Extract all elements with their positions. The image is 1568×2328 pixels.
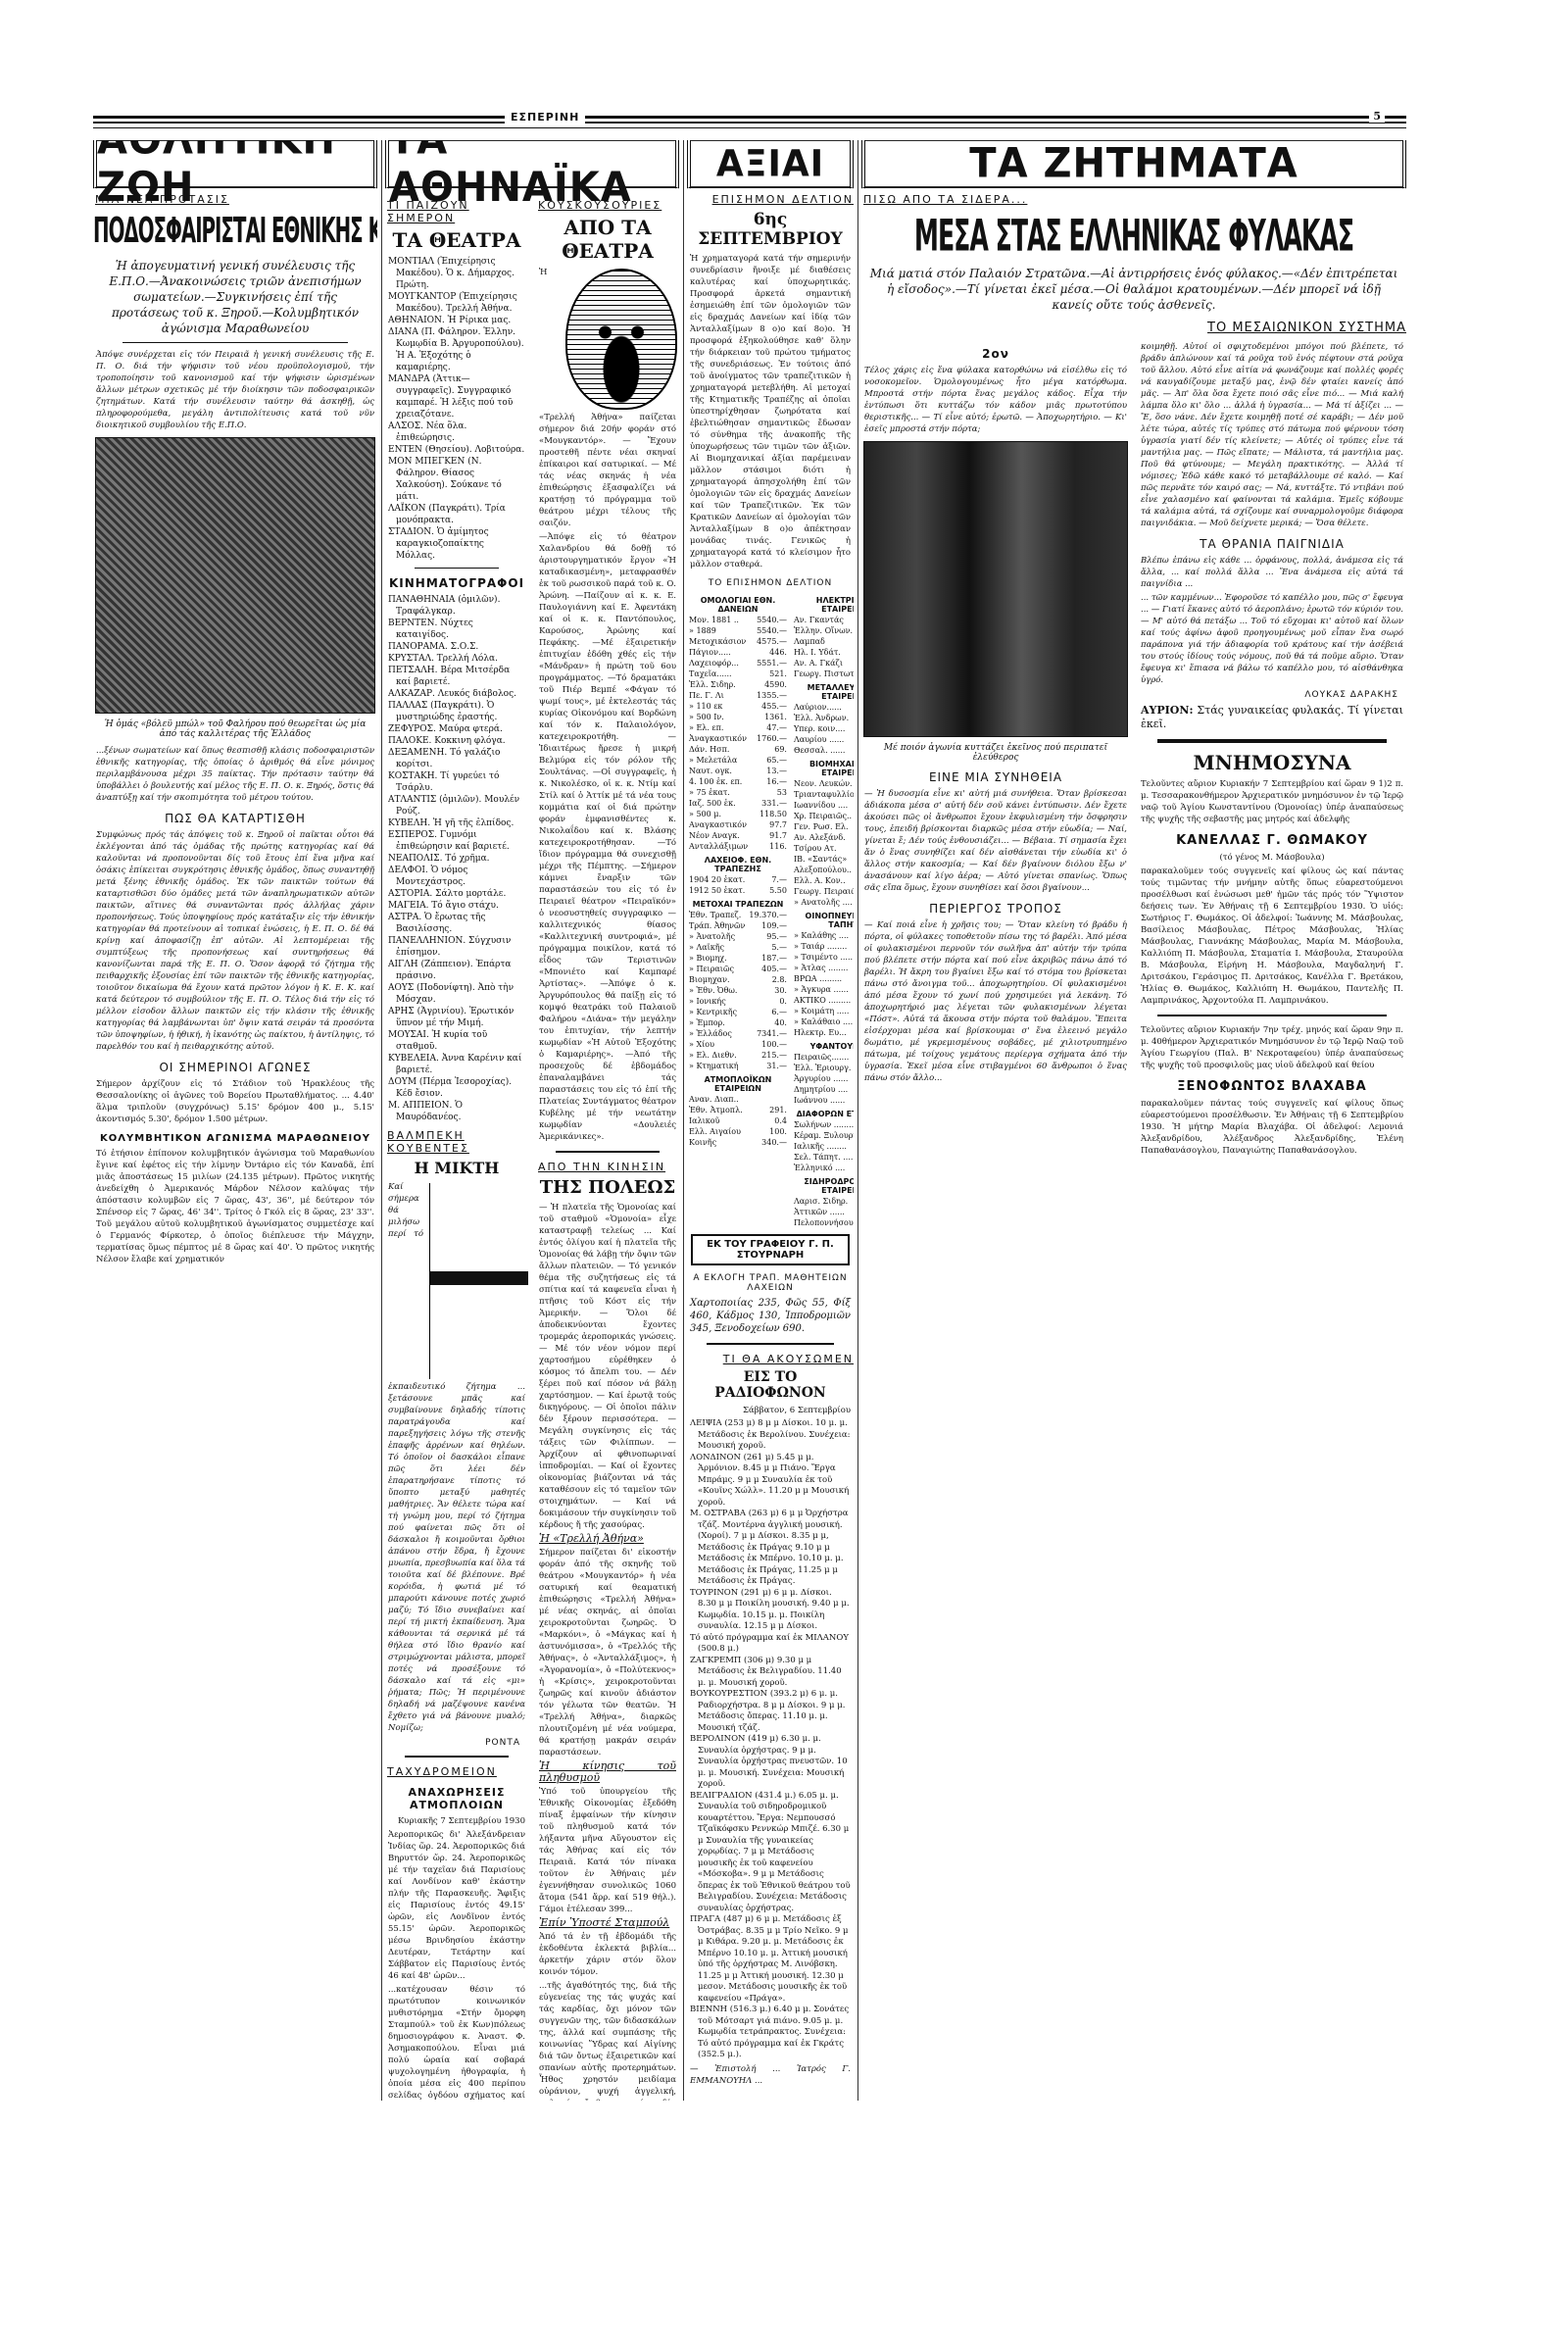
stock-name: Αναγκαστικόν [687, 819, 753, 830]
stock-name: Ναυτ. ογκ. [687, 766, 753, 776]
table-row: Δάν. Ησπ.69. [687, 744, 789, 755]
bulletin-title: ΤΟ ΕΠΙΣΗΜΟΝ ΔΕΛΤΙΟΝ [687, 578, 854, 588]
stock-price: 95.— [747, 931, 789, 942]
stocks-kicker: ΕΠΙΣΗΜΟΝ ΔΕΛΤΙΟΝ [689, 193, 854, 206]
stock-name: Λαμπαδ [792, 636, 854, 647]
stock-price: 116. [753, 841, 789, 852]
table-row: » Κοιμάτη .....145. [792, 1006, 854, 1016]
table-row: » Κτηματική31.— [687, 1061, 789, 1071]
stock-group-heading: ΣΙΔΗΡΟΔΡΟΜΙΚΩΝ ΕΤΑΙΡΕΙΩΝ [792, 1177, 854, 1195]
stock-name: Κοινῆς [687, 1137, 755, 1148]
stock-price: 109.— [747, 920, 789, 931]
stock-name: Τριανταφυλλίου [792, 789, 854, 800]
stock-name: Τσίρου Ατ. [792, 843, 854, 854]
part-number: 2ον [861, 347, 1130, 361]
stock-group-heading: ΜΕΤΟΧΑΙ ΤΡΑΠΕΖΩΝ [687, 900, 789, 909]
list-item: ΑΣΤΡΑ. Ὁ ἔρωτας τῆς Βασιλίσσης. [388, 912, 525, 935]
stock-name: » Ἑλλάδος [687, 1028, 747, 1039]
table-row: Τράπ. Ἀθηνῶν109.— [687, 920, 789, 931]
memorial-subname: (τό γένος Μ. Μάσβουλα) [1141, 852, 1403, 864]
table-row: Ταχεῖα......521. [687, 669, 789, 679]
list-item: ΒΕΡΟΛΙΝΟΝ (419 μ) 6.30 μ. μ. Συναυλία ὀρ… [690, 1734, 851, 1791]
table-row: Αν. Α. Γκάζι132.— [792, 658, 854, 669]
stock-price: 1760.— [753, 733, 789, 744]
tomorrow-label: ΑΥΡΙΟΝ: [1141, 704, 1194, 717]
masthead-rule [93, 116, 1406, 119]
radio-kicker: ΤΙ ΘΑ ΑΚΟΥΣΩΜΕΝ [689, 1353, 854, 1365]
stock-name: Ἀργυρίου ...... [792, 1073, 854, 1084]
table-row: Ανταλλάξιμων116. [687, 841, 789, 852]
stock-name: Ιαλικῆς ........ [792, 1141, 854, 1152]
table-row: Αν. Γκαντάς412 [792, 615, 854, 625]
sports-subhead: ΠΩΣ ΘΑ ΚΑΤΑΡΤΙΣΘΗ [93, 812, 377, 825]
stock-name: » Ελ. Διεθν. [687, 1050, 747, 1061]
stock-groups-right: ΗΛΕΚΤΡΙΚΩΝ ΕΤΑΙΡΕΙΩΝΑν. Γκαντάς412Ἑλλην.… [792, 592, 854, 1228]
table-row: Κέραμ. Ξυλουργ.450 [792, 1130, 854, 1141]
masthead-rule [93, 122, 1406, 124]
list-item: ΕΣΠΕΡΟΣ. Γυμνόμι ἐπιθεώρησιν καί βαριετέ… [388, 829, 525, 853]
stock-name: » 500 μ. [687, 809, 753, 819]
stock-group-heading: ΟΙΝΟΠΝΕΥΜΑΤΩΝ ΤΑΠΗΤ. [792, 912, 854, 929]
memorial-body: Τελοῦντες αὔριον Κυριακήν 7ην τρέχ. μηνό… [1141, 1024, 1403, 1071]
stock-name: ΙΒ. «Σαντάς» [792, 854, 854, 865]
list-item: ΒΙΕΝΝΗ (516.3 μ.) 6.40 μ μ. Σονάτες τοῦ … [690, 2005, 851, 2061]
stock-price: 1361. [753, 712, 789, 722]
table-row: 1912 50 ἑκατ.5.50 [687, 885, 789, 896]
table-row: Ιωαννίδου ....8.0. [792, 800, 854, 811]
stock-price: 16.— [753, 776, 789, 787]
stock-price: 100.— [747, 1039, 789, 1050]
stock-name: Ἐθν. Ἀτμοπλ. [687, 1105, 755, 1115]
page-number: 5 [1369, 110, 1385, 123]
stock-table: Λαρισ. Σιδηρ.145.—Ἀττικῶν ......74.—Πελο… [792, 1196, 854, 1228]
book-review: ...κατέχουσαν θέσιν τό πρωτότυπον κοινων… [388, 1984, 525, 2101]
stock-name: Δημητρίου .... [792, 1084, 854, 1095]
table-row: Γεν. Ρωσ. Ελ.148.— [792, 821, 854, 832]
table-row: Ἀναγκαστικόν1760.— [687, 733, 789, 744]
stock-name: » Ἀτλας ........ [792, 963, 854, 973]
stock-price: 5540.— [753, 625, 789, 636]
stock-name: » Ελ. επ. [687, 722, 753, 733]
issues-subhead: ΠΕΡΙΕΡΓΟΣ ΤΡΟΠΟΣ [861, 902, 1130, 916]
stock-price: 215.— [747, 1050, 789, 1061]
stock-name: Λαυρίου ...... [792, 734, 854, 745]
stock-price: 5.50 [762, 885, 789, 896]
divider [556, 1151, 660, 1153]
table-row: » 18895540.— [687, 625, 789, 636]
divider [1157, 739, 1387, 743]
table-row: » Καλάθαιο ....193 [792, 1016, 854, 1027]
stock-table: Μον. 1881 ..5540.—» 18895540.—Μετοχικάσι… [687, 615, 789, 852]
table-row: Πειραιῶς.......117 [792, 1052, 854, 1063]
list-item: ΣΤΑΔΙΟΝ. Ὁ ἀμίμητος καραγκιοζοπαίκτης Μό… [388, 526, 525, 562]
stock-name: Θεσσαλ. ...... [792, 745, 854, 756]
table-row: Λαύριον......18 [792, 702, 854, 713]
list-item: Μ. ΑΠΠΕΙΟΝ. Ὁ Μαυρόδανέος. [388, 1100, 525, 1123]
sports-subhead: ΚΟΛΥΜΒΗΤΙΚΟΝ ΑΓΩΝΙΣΜΑ ΜΑΡΑΘΩΝΕΙΟΥ [93, 1133, 377, 1144]
stock-price: 118.50 [753, 809, 789, 819]
table-row: » Πειραιῶς405.— [687, 964, 789, 974]
stock-name: » Καλάθης .... [792, 930, 854, 941]
stock-name: Ελλ. Α. Κον.. [792, 875, 854, 886]
sports-body: Σήμερον ἀρχίζουν εἰς τό Στάδιον τοῦ Ἡρακ… [96, 1078, 374, 1125]
stock-group-heading: ΥΦΑΝΤΟΥΡΓΙΩΝ [792, 1042, 854, 1051]
table-row: Ἀττικῶν ......74.— [792, 1207, 854, 1217]
list-item: ΒΕΡΝΤΕΝ. Νύχτες καταιγίδος. [388, 618, 525, 641]
stock-name: » Καλάθαιο .... [792, 1016, 854, 1027]
stock-name: » Βιομηχ. [687, 953, 747, 964]
column-divider [381, 140, 382, 2101]
table-row: Ελλ. Αιγαίου100. [687, 1126, 789, 1137]
stock-price: 291. [755, 1105, 789, 1115]
stock-group-heading: ΜΕΤΑΛΛΕΥΤΙΚΩΝ ΕΤΑΙΡΕΙΩΝ [792, 683, 854, 701]
table-row: » 500 μ.118.50 [687, 809, 789, 819]
stock-name: Αναν. Διαπ.. [687, 1094, 755, 1105]
stock-name: » Ἐμπορ. [687, 1017, 747, 1028]
table-row: » Ελ. Διεθν.215.— [687, 1050, 789, 1061]
lottery-title: Α ΕΚΛΟΓΗ ΤΡΑΠ. ΜΑΘΗΤΕΙΩΝ ΛΑΧΕΙΩΝ [687, 1273, 854, 1293]
stock-name: Ἑλλην. Οἴνων. [792, 625, 854, 636]
mixed-title: Η ΜΙΚΤΗ [385, 1159, 528, 1177]
mixed-kicker: ΒΑΛΜΠΕΚΗ ΚΟΥΒΕΝΤΕΣ [387, 1129, 528, 1155]
issues-deck: Μιά ματιά στόν Παλαιόν Στρατῶνα.—Αἱ ἀντι… [867, 266, 1400, 313]
list-item: ΠΡΑΓΑ (487 μ) 6 μ μ. Μετάδοσις ἐξ Ὀστράβ… [690, 1914, 851, 2005]
stock-price [755, 1094, 789, 1105]
memorial-name: ΚΑΝΕΛΛΑΣ Γ. ΘΩΜΑΚΟΥ [1138, 833, 1406, 848]
stock-group-heading: ΑΤΜΟΠΛΟΪΚΩΝ ΕΤΑΙΡΕΙΩΝ [687, 1075, 789, 1093]
sports-body: Τό ἐτήσιον ἐπίπονον κολυμβητικόν ἀγώνισμ… [96, 1148, 374, 1265]
stock-name: Ἐλληνικό .... [792, 1163, 854, 1173]
post-kicker: ΤΑΧΥΔΡΟΜΕΙΟΝ [387, 1765, 528, 1778]
masthead: ΕΣΠΕΡΙΝΗ 5 [93, 113, 1406, 130]
stock-price: 405.— [747, 964, 789, 974]
stock-price: 7341.— [747, 1028, 789, 1039]
stock-name: Ιαζ. 500 ἑκ. [687, 798, 753, 809]
stock-name: » Κτηματική [687, 1061, 747, 1071]
issues-subhead: ΤΑ ΘΡΑΝΙΑ ΠΑΙΓΝΙΔΙΑ [1138, 537, 1406, 551]
list-item: ΝΕΑΠΟΛΙΣ. Τό χρῆμα. [388, 853, 525, 865]
table-row: Σελ. Τάπητ. ....31.— [792, 1152, 854, 1163]
stock-name: » 75 ἑκατ. [687, 787, 753, 798]
post-date: Κυριακῆς 7 Σεπτεμβρίου 1930 [388, 1815, 525, 1827]
table-row: Ἀργυρίου ......175.— [792, 1073, 854, 1084]
sports-lead: Ἀπόψε συνέρχεται εἰς τόν Πειραιᾶ ἡ γενικ… [96, 349, 374, 431]
stock-name: Γεν. Ρωσ. Ελ. [792, 821, 854, 832]
list-item: ΛΕΙΨΙΑ (253 μ) 8 μ μ Δίσκοι. 10 μ. μ. Με… [690, 1418, 851, 1453]
table-row: » 110 εκ455.— [687, 701, 789, 712]
stock-name: » Λαϊκῆς [687, 942, 747, 953]
divider [1157, 1015, 1387, 1016]
stock-price: 19.370.— [747, 910, 789, 920]
table-row: Αναν. Διαπ.. [687, 1094, 789, 1105]
gossip-column: ΚΟΥΣΚΟΥΣΟΥΡΙΕΣ ΑΠΟ ΤΑ ΘΕΑΤΡΑ Ἡ «Τρελλή Ἀ… [536, 193, 679, 2101]
section-banner-stocks: ΑΞΙΑΙ [687, 140, 854, 188]
stock-price: 455.— [753, 701, 789, 712]
issues-body: Τέλος χάρις εἰς ἕνα φύλακα κατορθώνω νά … [864, 365, 1127, 435]
list-item: ΖΕΦΥΡΟΣ. Μαύρα φτερά. [388, 723, 525, 735]
stock-name: Ἐλλ. Ἐριουργ. [792, 1063, 854, 1073]
stock-group-heading: ΗΛΕΚΤΡΙΚΩΝ ΕΤΑΙΡΕΙΩΝ [792, 596, 854, 614]
table-row: Ἐλλ. Ἐριουργ.162 [792, 1063, 854, 1073]
list-item: ΠΑΛΟΚΕ. Κοκκινη φλόγα. [388, 735, 525, 747]
table-row: Ναυτ. ογκ.13.— [687, 766, 789, 776]
paper-name: ΕΣΠΕΡΙΝΗ [505, 111, 585, 124]
radio-footer: — Ἐπιστολή ... Ἰατρός Γ. ΕΜΜΑΝΟΥΗΛ ... [690, 2063, 851, 2087]
table-row: » Ἀγκυρα ......27 [792, 984, 854, 995]
divider [122, 342, 348, 343]
table-row: Πάγιον.....446. [687, 647, 789, 658]
table-row: Λαυρίου ......5.11 [792, 734, 854, 745]
capital-body: Σήμερον παίζεται δι' εἰκοστήν φοράν ἀπό … [539, 1547, 676, 1758]
table-row: Νεον. Λευκών.935 [792, 778, 854, 789]
stock-table: Λαύριον......18Ἐλλ. Ἀνδρων.1.—Υπερ. κοιν… [792, 702, 854, 756]
stock-name: Βιομηχαν. [687, 974, 747, 985]
stock-price: 40. [747, 1017, 789, 1028]
memorial-body: παρακαλοῦμεν πάντας τούς συγγενεῖς καί φ… [1141, 1098, 1403, 1157]
table-row: Πε. Γ. Λι1355.— [687, 690, 789, 701]
stock-name: Ιωάννου ...... [792, 1095, 854, 1106]
table-row: Μετοχικάσιον4575.— [687, 636, 789, 647]
table-row: ΙΒ. «Σαντάς»18.— [792, 854, 854, 865]
table-row: Δημητρίου ....263.— [792, 1084, 854, 1095]
stock-name: Λαχειοφόρ... [687, 658, 753, 669]
capital-body: Ὑπό τοῦ ὑπουργείου τῆς Ἐθνικῆς Οἰκονομία… [539, 1786, 676, 1915]
table-row: Λαχειοφόρ...5551.— [687, 658, 789, 669]
theatre-mask-illustration [565, 269, 677, 410]
stock-name: Μον. 1881 .. [687, 615, 753, 625]
table-row: Αλεξοπούλου..17.— [792, 865, 854, 875]
cinemas-title: ΚΙΝΗΜΑΤΟΓΡΑΦΟΙ [385, 576, 528, 590]
stock-price: 6.— [747, 1007, 789, 1017]
capital-body: Ἀπό τά ἐν τῇ ἑβδομάδι τῆς ἐκδοθέντα ἐκλε… [539, 1931, 676, 1978]
list-item: ΑΘΗΝΑΙΟΝ. Ἡ Ρίρικα μας. [388, 315, 525, 326]
capital-subhead: Ἐπίν Ὑποστέ Σταμπούλ [539, 1917, 676, 1929]
section-banner-sports: ΑΘΛΗΤΙΚΗ ΖΩΗ [93, 140, 377, 188]
sports-section: ΑΘΛΗΤΙΚΗ ΖΩΗ ΜΙΑ ΝΕΑ ΠΡΟΤΑΣΙΣ ΠΟΔΟΣΦΑΙΡΙ… [93, 140, 377, 2101]
table-row: » Κεντρικῆς6.— [687, 1007, 789, 1017]
list-item: ΔΙΑΝΑ (Π. Φάληρον. Ἑλλην. Κωμῳδία Β. Ἀργ… [388, 326, 525, 373]
issues-subhead: ΤΟ ΜΕΣΑΙΩΝΙΚΟΝ ΣΥΣΤΗΜΑ [861, 321, 1406, 335]
table-row: Βιομηχαν.2.8. [687, 974, 789, 985]
stock-name: Αν. Αλεξάνδ. [792, 832, 854, 843]
stock-name: Τράπ. Ἀθηνῶν [687, 920, 747, 931]
list-item: ΠΑΝΟΡΑΜΑ. Σ.Ο.Σ. [388, 641, 525, 653]
issues-section: ΤΑ ΖΗΤΗΜΑΤΑ ΠΙΣΩ ΑΠΟ ΤΑ ΣΙΔΕΡΑ... ΜΕΣΑ Σ… [861, 140, 1406, 2101]
stock-group-heading: ΛΑΧΕΙΟΦ. ΕΘΝ. ΤΡΑΠΕΖΗΣ [687, 856, 789, 873]
issues-body: Βλέπω ἐπάνω εἰς κάθε ... ὀρφάνους, πολλά… [1141, 555, 1403, 590]
table-row: Πελοποννήσου115 [792, 1217, 854, 1228]
issues-body: κοιμηθῇ. Αὐτοί οἱ σφιχτοδεμένοι μπόγοι π… [1141, 341, 1403, 529]
stock-name: » Ἀγκυρα ...... [792, 984, 854, 995]
post-title: ΑΝΑΧΩΡΗΣΕΙΣ ΑΤΜΟΠΛΟΙΩΝ [385, 1786, 528, 1811]
stock-name: » 500 Ιν. [687, 712, 753, 722]
gossip-body: —Ἀπόψε εἰς τό θέατρον Χαλανδρίου θά δοθῇ… [539, 531, 676, 1143]
table-row: Νέον Αναγκ.91.7 [687, 830, 789, 841]
stock-name: 4. 100 ἑκ. επ. [687, 776, 753, 787]
stock-price: 4590. [753, 679, 789, 690]
stock-price: 97.7 [753, 819, 789, 830]
stock-name: ΑΚΤΙΚΟ ......... [792, 995, 854, 1006]
stock-name: » Ταιάρ ........ [792, 941, 854, 952]
stock-price: 69. [753, 744, 789, 755]
sports-deck: Ἡ ἀπογευματινή γενική συνέλευσις τῆς Ε.Π… [99, 258, 371, 336]
table-row: Ἐλλ. Ἀνδρων.1.— [792, 713, 854, 723]
stock-name: Πε. Γ. Λι [687, 690, 753, 701]
gossip-title: ΑΠΟ ΤΑ ΘΕΑΤΡΑ [536, 216, 679, 263]
table-row: 1904 20 ἑκατ.7.— [687, 874, 789, 885]
list-item: Τό αὐτό πρόγραμμα καί ἐκ ΜΙΛΑΝΟΥ (500.8 … [690, 1633, 851, 1656]
market-report: Ἡ χρηματαγορά κατά τήν σημερινήν συνεδρί… [690, 253, 851, 570]
stock-table: Αναν. Διαπ..Ἐθν. Ἀτμοπλ.291.Ιαλικοῦ0.4Ελ… [687, 1094, 789, 1148]
figure-sketch [429, 1183, 528, 1379]
list-item: ΜΟΥΓΚΑΝΤΟΡ (Ἐπιχείρησις Μακέδου). Τρελλή… [388, 291, 525, 315]
radio-date: Σάββατον, 6 Σεπτεμβρίου [690, 1405, 851, 1416]
divider [405, 1756, 509, 1758]
table-row: Τριανταφυλλίου695.— [792, 789, 854, 800]
stock-group-heading: ΒΙΟΜΗΧΑΝΙΚΩΝ ΕΤΑΙΡΕΙΩΝ [792, 760, 854, 777]
issues-kicker: ΠΙΣΩ ΑΠΟ ΤΑ ΣΙΔΕΡΑ... [863, 193, 1406, 206]
stock-name: » Κεντρικῆς [687, 1007, 747, 1017]
list-item: ΛΟΝΔΙΝΟΝ (261 μ) 5.45 μ μ. Ἀρμόνιον. 8.4… [690, 1453, 851, 1510]
stock-name: Ιαλικοῦ [687, 1115, 755, 1126]
table-row: Ελλ. Α. Κον..270.— [792, 875, 854, 886]
table-row: Θεσσαλ. ......10 [792, 745, 854, 756]
post-body: Ἀεροπορικῶς δι' Ἀλεξάνδρειαν Ἰνδίας ὥρ. … [388, 1829, 525, 1982]
memorial-body: Τελοῦντες αὔριον Κυριακήν 7 Σεπτεμβρίου … [1141, 778, 1403, 825]
stock-name: » Μελετάλα [687, 755, 753, 766]
list-item: ΠΕΤΣΑΛΗ. Βέρα Μιτσέρδα καί βαριετέ. [388, 665, 525, 688]
stock-price: 30. [747, 985, 789, 996]
stock-price: 100. [755, 1126, 789, 1137]
stock-table: Ἐθν. Τραπεζ.19.370.—Τράπ. Ἀθηνῶν109.—» Ἀ… [687, 910, 789, 1071]
stock-name: » Ἐθν. Ὀθω. [687, 985, 747, 996]
stock-name: Ηλ. Ι. Υδάτ. [792, 647, 854, 658]
list-item: ΔΕΞΑΜΕΝΗ. Τό γαλάζιο κορίτσι. [388, 747, 525, 770]
list-item: ΑΟΥΣ (Ποδονίφτη). Ἀπὸ τὴν Μόσχαν. [388, 982, 525, 1006]
table-row: Χρ. Πειραιῶς..330.— [792, 811, 854, 821]
stock-group-heading: ΔΙΑΦΟΡΩΝ ΕΤΑΙΡΕΙΩΝ [792, 1110, 854, 1118]
stock-table: Αν. Γκαντάς412Ἑλλην. Οἴνων.165Λαμπαδ159Η… [792, 615, 854, 679]
table-row: Ἐθν. Τραπεζ.19.370.— [687, 910, 789, 920]
stocks-title: 6ης ΣΕΠΤΕΜΒΡΙΟΥ [687, 210, 854, 249]
stock-name: Σωλήνων ........ [792, 1119, 854, 1130]
photo-caption: Μέ ποιόν ἀγωνία κυττάζει ἐκεῖνος πού περ… [863, 743, 1128, 763]
issues-signature: ΛΟΥΚΑΣ ΔΑΡΑΚΗΣ [1146, 690, 1398, 700]
table-row: » Τσιμέντο .....120.— [792, 952, 854, 963]
stock-name: Ηλεκτρ. Ευ... [792, 1027, 854, 1038]
column-divider [857, 140, 858, 2101]
divider [415, 568, 499, 569]
stock-price: 47.— [753, 722, 789, 733]
capital-body: — Ἡ πλατεῖα τῆς Ὁμονοίας καί τοῦ σταθμοῦ… [539, 1202, 676, 1531]
table-row: Κοινῆς340.— [687, 1137, 789, 1148]
stock-name: » Ἀνατολῆς [687, 931, 747, 942]
capital-title: ΤΗΣ ΠΟΛΕΩΣ [536, 1177, 679, 1198]
sports-body: Συμφώνως πρός τάς ἀπόψεις τοῦ κ. Ξηροῦ ο… [96, 829, 374, 1053]
table-row: Ἑλλην. Οἴνων.165 [792, 625, 854, 636]
table-row: Ηλεκτρ. Ευ...176 [792, 1027, 854, 1038]
memorial-body: παρακαλοῦμεν τούς συγγενεῖς καί φίλους ὡ… [1141, 866, 1403, 1007]
stock-price: 521. [753, 669, 789, 679]
list-item: ΕΝΤΕΝ (Θησείου). Λοβιτούρα. [388, 444, 525, 456]
issues-subhead: ΕΙΝΕ ΜΙΑ ΣΥΝΗΘΕΙΑ [861, 770, 1130, 784]
table-row: » Ιονικής0. [687, 996, 789, 1007]
table-row: Αναγκαστικόν97.7 [687, 819, 789, 830]
stock-name: Λαύριον...... [792, 702, 854, 713]
stock-name: Αν. Α. Γκάζι [792, 658, 854, 669]
table-row: » Καλάθης ....775 [792, 930, 854, 941]
table-row: ΑΚΤΙΚΟ .........18 [792, 995, 854, 1006]
broker-box: ΕΚ ΤΟΥ ΓΡΑΦΕΙΟΥ Γ. Π. ΣΤΟΥΡΝΑΡΗ [691, 1234, 850, 1265]
list-item: ΒΟΥΚΟΥΡΕΣΤΙΟΝ (393.2 μ) 6 μ. μ. Ραδιορχή… [690, 1689, 851, 1734]
table-row: Υπερ. κοιν....18.50 [792, 723, 854, 734]
stock-price: 53 [753, 787, 789, 798]
list-item: ΜΟΝ ΜΠΕΓΚΕΝ (Ν. Φάληρον. Θίασος Χαλκούση… [388, 456, 525, 503]
stock-name: Ανταλλάξιμων [687, 841, 753, 852]
stock-price: 5.— [747, 942, 789, 953]
cinemas-list: ΠΑΝΑΘΗΝΑΙΑ (ὁμιλῶν). Τραφάλγκαρ. ΒΕΡΝΤΕΝ… [388, 594, 525, 1123]
stock-name: Γεωργ. Πειραιῶς.. [792, 886, 854, 897]
stock-table: Πειραιῶς.......117Ἐλλ. Ἐριουργ.162Ἀργυρί… [792, 1052, 854, 1106]
stock-name: Σελ. Τάπητ. .... [792, 1152, 854, 1163]
stock-name: Χρ. Πειραιῶς.. [792, 811, 854, 821]
stock-price: 331.— [753, 798, 789, 809]
stock-name: Αλεξοπούλου.. [792, 865, 854, 875]
stock-price: 31.— [747, 1061, 789, 1071]
stock-price: 5551.— [753, 658, 789, 669]
theatres-list: ΜΟΝΤΙΑΛ (Ἐπιχείρησις Μακέδου). Ὁ κ. Δήμα… [388, 256, 525, 562]
stock-price: 91.7 [753, 830, 789, 841]
capital-subhead: Ἡ κίνησις τοῦ πληθυσμοῦ [539, 1760, 676, 1784]
list-item: ΖΑΓΚΡΕΜΠ (306 μ) 9.30 μ μ Μετάδοσις ἐκ Β… [690, 1656, 851, 1690]
stock-name: Ἐλλ. Σιδηρ. [687, 679, 753, 690]
list-item: ΚΟΣΤΑΚΗ. Τί γυρεύει τό Τσάρλυ. [388, 770, 525, 794]
stock-price: 340.— [755, 1137, 789, 1148]
stock-name: Ἐθν. Τραπεζ. [687, 910, 747, 920]
table-row: » Ανατολῆς ....160.— [792, 897, 854, 908]
table-row: Ιαζ. 500 ἑκ.331.— [687, 798, 789, 809]
table-row: » Ταιάρ ........2325.— [792, 941, 854, 952]
radio-list: ΛΕΙΨΙΑ (253 μ) 8 μ μ Δίσκοι. 10 μ. μ. Με… [690, 1418, 851, 2061]
column-divider [683, 140, 684, 2101]
mixed-signature: ΡΟΝΤΑ [393, 1738, 520, 1748]
table-row: Τσίρου Ατ.174.— [792, 843, 854, 854]
stock-table: » Καλάθης ....775» Ταιάρ ........2325.—»… [792, 930, 854, 1038]
issues-headline: ΜΕΣΑ ΣΤΑΣ ΕΛΛΗΝΙΚΑΣ ΦΥΛΑΚΑΣ [861, 210, 1406, 262]
table-row: Ιωάννου ......13 [792, 1095, 854, 1106]
stock-table: 1904 20 ἑκατ.7.—1912 50 ἑκατ.5.50 [687, 874, 789, 896]
table-row: » Ἀτλας ........15 [792, 963, 854, 973]
stock-price: 7.— [762, 874, 789, 885]
table-row: Ιαλικοῦ0.4 [687, 1115, 789, 1126]
list-item: ΚΥΒΕΛΕΙΑ. Ἀννα Καρένιν καί βαριετέ. [388, 1053, 525, 1076]
list-item: ΜΟΝΤΙΑΛ (Ἐπιχείρησις Μακέδου). Ὁ κ. Δήμα… [388, 256, 525, 291]
capital-subhead: Ἡ «Τρελλή Ἀθήνα» [539, 1533, 676, 1545]
table-row: » Ἐμπορ.40. [687, 1017, 789, 1028]
stock-name: Μετοχικάσιον [687, 636, 753, 647]
stock-name: Αν. Γκαντάς [792, 615, 854, 625]
table-row: Ἐθν. Ἀτμοπλ.291. [687, 1105, 789, 1115]
stock-name: Ιωαννίδου .... [792, 800, 854, 811]
list-item: ΜΟΥΣΑΙ. Ἡ κυρία τοῦ σταθμοῦ. [388, 1029, 525, 1053]
stock-price: 2.8. [747, 974, 789, 985]
stock-name: » Τσιμέντο ..... [792, 952, 854, 963]
table-row: Αν. Αλεξάνδ.75. [792, 832, 854, 843]
stock-name: Λαρισ. Σιδηρ. [792, 1196, 854, 1207]
photo-caption: Ἡ ὁμάς «βόλεϋ μπώλ» τοῦ Φαλήρου πού θεωρ… [95, 719, 375, 739]
obituary-body: ...τῆς ἀγαθότητός της, διά τῆς εὐγενείας… [539, 1980, 676, 2101]
lottery-results: Χαρτοποιίας 235, Φῶς 55, Φίξ 460, Κάδμος… [690, 1297, 851, 1335]
